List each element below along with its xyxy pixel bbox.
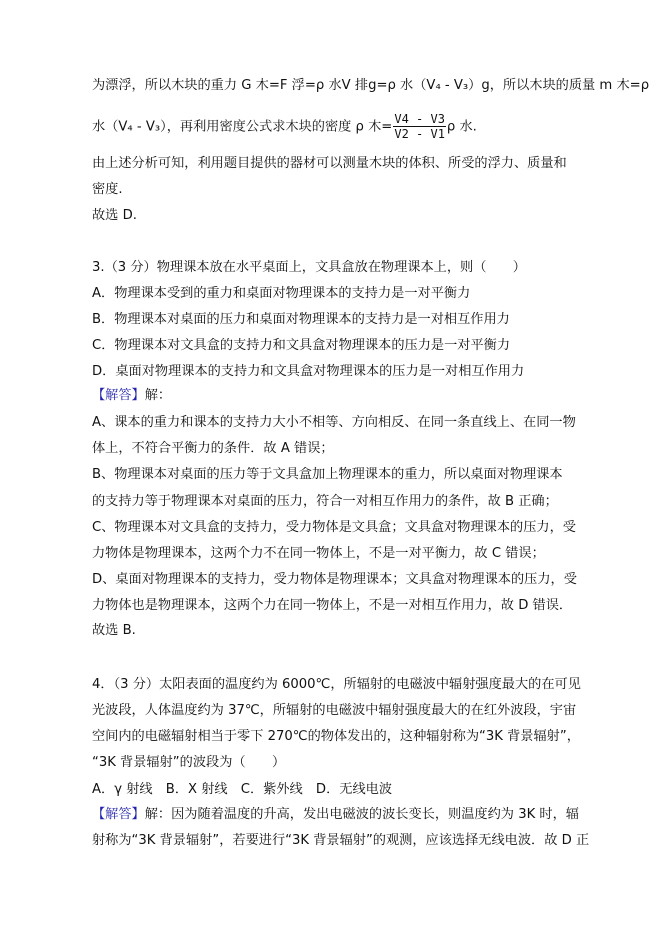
answer-line: A、课本的重力和课本的支持力大小不相等、方向相反、在同一条直线上、在同一物	[92, 414, 576, 432]
question-3-answer-header: 【解答】解：	[92, 387, 171, 405]
question-3-option-d: D．桌面对物理课本的支持力和文具盒对物理课本的压力是一对相互作用力	[92, 363, 524, 381]
answer-line: C、物理课本对文具盒的支持力，受力物体是文具盒；文具盒对物理课本的压力，受	[92, 519, 576, 537]
answer-line: 故选 B.	[92, 622, 136, 640]
answer-line: 体上，不符合平衡力的条件．故 A 错误；	[92, 440, 334, 458]
text-line: 密度.	[92, 181, 123, 199]
answer-tag: 【解答】	[92, 388, 145, 403]
answer-line: B、物理课本对桌面的压力等于文具盒加上物理课本的重力，所以桌面对物理课本	[92, 466, 563, 484]
fraction-numerator: V4 - V3	[393, 112, 446, 127]
question-3-stem: 3.（3 分）物理课本放在水平桌面上，文具盒放在物理课本上，则（ ）	[92, 259, 526, 277]
density-fraction: V4 - V3V2 - V1	[393, 112, 446, 141]
answer-tag: 【解答】	[92, 807, 145, 822]
text-segment: ρ 水.	[447, 120, 477, 135]
answer-line: D、桌面对物理课本的支持力，受力物体是物理课本；文具盒对物理课本的压力，受	[92, 571, 577, 589]
text-line: 故选 D.	[92, 207, 137, 225]
answer-lead: 解：	[145, 388, 171, 403]
question-3-option-b: B．物理课本对桌面的压力和桌面对物理课本的支持力是一对相互作用力	[92, 311, 510, 329]
question-4-stem-line: 空间内的电磁辐射相当于零下 270℃的物体发出的，这种辐射称为“3K 背景辐射”…	[92, 728, 580, 746]
formula-line: 水（V₄ - V₃），再利用密度公式求木块的密度 ρ 木=V4 - V3V2 -…	[92, 112, 477, 141]
text-segment: 水（V₄ - V₃），再利用密度公式求木块的密度 ρ 木=	[92, 120, 392, 135]
answer-text: 解：因为随着温度的升高，发出电磁波的波长变长，则温度约为 3K 时，辐	[145, 807, 579, 822]
answer-line: 力物体也是物理课本，这两个力在同一物体上，不是一对相互作用力，故 D 错误．	[92, 597, 572, 615]
text-line: 为漂浮，所以木块的重力 G 木=F 浮=ρ 水V 排g=ρ 水（V₄ - V₃）…	[92, 77, 649, 95]
text-line: 由上述分析可知，利用题目提供的器材可以测量木块的体积、所受的浮力、质量和	[92, 155, 567, 173]
question-4-options: A．γ 射线 B．X 射线 C．紫外线 D．无线电波	[92, 781, 392, 799]
question-4-answer-line: 射称为“3K 背景辐射”，若要进行“3K 背景辐射”的观测，应该选择无线电波．故…	[92, 832, 589, 850]
question-4-stem-line: “3K 背景辐射”的波段为（ ）	[92, 754, 285, 772]
answer-line: 的支持力等于物理课本对桌面的压力，符合一对相互作用力的条件，故 B 正确；	[92, 493, 558, 511]
question-4-stem-line: 光波段，人体温度约为 37℃，所辐射的电磁波中辐射强度最大的在红外波段，宇宙	[92, 702, 576, 720]
question-3-option-c: C．物理课本对文具盒的支持力和文具盒对物理课本的压力是一对平衡力	[92, 337, 510, 355]
question-4-answer-line: 【解答】解：因为随着温度的升高，发出电磁波的波长变长，则温度约为 3K 时，辐	[92, 806, 579, 824]
answer-line: 力物体是物理课本，这两个力不在同一物体上，不是一对平衡力，故 C 错误；	[92, 545, 545, 563]
question-3-option-a: A．物理课本受到的重力和桌面对物理课本的支持力是一对平衡力	[92, 285, 470, 303]
fraction-denominator: V2 - V1	[393, 127, 446, 141]
question-4-stem-line: 4．（3 分）太阳表面的温度约为 6000℃，所辐射的电磁波中辐射强度最大的在可…	[92, 676, 581, 694]
